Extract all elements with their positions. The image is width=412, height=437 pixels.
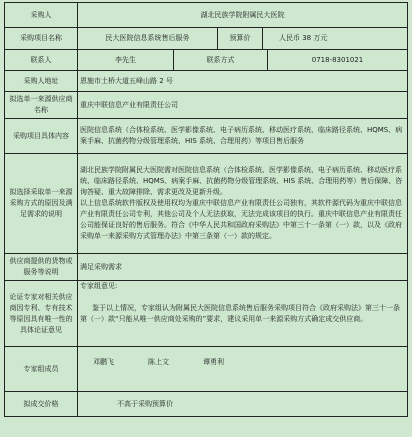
expert-members: 邓鹏飞 陈上文 谭勇利 xyxy=(80,357,405,368)
supplier-value: 重庆中联信息产业有限责任公司 xyxy=(78,92,408,119)
project-name-label: 采购项目名称 xyxy=(5,28,78,50)
goods-value: 满足采购需求 xyxy=(78,254,408,281)
procurement-table: 采购人 湖北民族学院附属民大医院 采购项目名称 民大医院信息系统售后服务 预算价… xyxy=(4,2,408,417)
expert-opinion-body: 鉴于以上情况，专家组认为附属民大医院信息系统售后服务采购项目符合《政府采购法》第… xyxy=(80,303,405,325)
row-address: 采购人地址 恩施市土桥大道五峰山路 2 号 xyxy=(5,71,408,92)
budget-label: 预算价 xyxy=(218,28,263,50)
contact-value: 李先生 xyxy=(78,50,174,71)
address-value: 恩施市土桥大道五峰山路 2 号 xyxy=(78,71,408,92)
row-contact: 联系人 李先生 联系方式 0718-8301021 xyxy=(5,50,408,71)
contact-label: 联系人 xyxy=(5,50,78,71)
address-label: 采购人地址 xyxy=(5,71,78,92)
row-goods: 供应商提供的货物或服务等说明 满足采购需求 xyxy=(5,254,408,281)
content-value: 医院信息系统（合体检系统、医学影像系统、电子病历系统、移动医疗系统、临床路径系统… xyxy=(78,119,408,154)
expert-opinion-heading: 专家组意见: xyxy=(80,281,405,292)
deal-price-text: 不高于采购预算价 xyxy=(80,400,173,408)
goods-label: 供应商提供的货物或服务等说明 xyxy=(5,254,78,281)
row-supplier: 拟选单一来源供应商名称 重庆中联信息产业有限责任公司 xyxy=(5,92,408,119)
row-experts: 专家组成员 邓鹏飞 陈上文 谭勇利 xyxy=(5,347,408,392)
row-project: 采购项目名称 民大医院信息系统售后服务 预算价 人民币 38 万元 xyxy=(5,28,408,50)
procurement-form: 采购人 湖北民族学院附属民大医院 采购项目名称 民大医院信息系统售后服务 预算价… xyxy=(4,2,407,434)
budget-value: 人民币 38 万元 xyxy=(263,28,408,50)
project-name-value: 民大医院信息系统售后服务 xyxy=(78,28,218,50)
expert-member: 谭勇利 xyxy=(203,357,258,368)
reason-label: 拟选择采取单一来源采购方式的原因及满足需求的说明 xyxy=(5,154,78,254)
purchaser-label: 采购人 xyxy=(5,3,78,28)
expert-member: 陈上文 xyxy=(148,357,203,368)
reason-value: 湖北民族学院附属民大医院需对医院信息系统（合体检系统、医学影像系统、电子病历系统… xyxy=(78,154,408,254)
budget-amount: 人民币 38 万元 xyxy=(265,34,327,42)
experts-value: 邓鹏飞 陈上文 谭勇利 xyxy=(78,347,408,392)
row-expert-opinion: 论证专家对相关供应商因专利、专有技术等原因具有唯一性的具体论证意见 专家组意见:… xyxy=(5,281,408,347)
row-deal-price: 拟成交价格 不高于采购预算价 xyxy=(5,392,408,417)
supplier-label: 拟选单一来源供应商名称 xyxy=(5,92,78,119)
content-label: 采购项目具体内容 xyxy=(5,119,78,154)
row-purchaser: 采购人 湖北民族学院附属民大医院 xyxy=(5,3,408,28)
row-content: 采购项目具体内容 医院信息系统（合体检系统、医学影像系统、电子病历系统、移动医疗… xyxy=(5,119,408,154)
row-reason: 拟选择采取单一来源采购方式的原因及满足需求的说明 湖北民族学院附属民大医院需对医… xyxy=(5,154,408,254)
deal-price-label: 拟成交价格 xyxy=(5,392,78,417)
deal-price-value: 不高于采购预算价 xyxy=(78,392,408,417)
expert-opinion-label: 论证专家对相关供应商因专利、专有技术等原因具有唯一性的具体论证意见 xyxy=(5,281,78,347)
reason-paragraph-2: 以上信息系统软件版权及使用权均为重庆中联信息产业有限责任公司独有，其软件源代码为… xyxy=(80,198,405,242)
expert-opinion-value: 专家组意见: 鉴于以上情况，专家组认为附属民大医院信息系统售后服务采购项目符合《… xyxy=(78,281,408,347)
purchaser-value: 湖北民族学院附属民大医院 xyxy=(78,3,408,28)
phone-label: 联系方式 xyxy=(174,50,268,71)
reason-paragraph-1: 湖北民族学院附属民大医院需对医院信息系统（合体检系统、医学影像系统、电子病历系统… xyxy=(80,165,405,198)
experts-label: 专家组成员 xyxy=(5,347,78,392)
phone-value: 0718-8301021 xyxy=(268,50,408,71)
spacer xyxy=(80,292,405,303)
expert-member: 邓鹏飞 xyxy=(93,357,148,368)
